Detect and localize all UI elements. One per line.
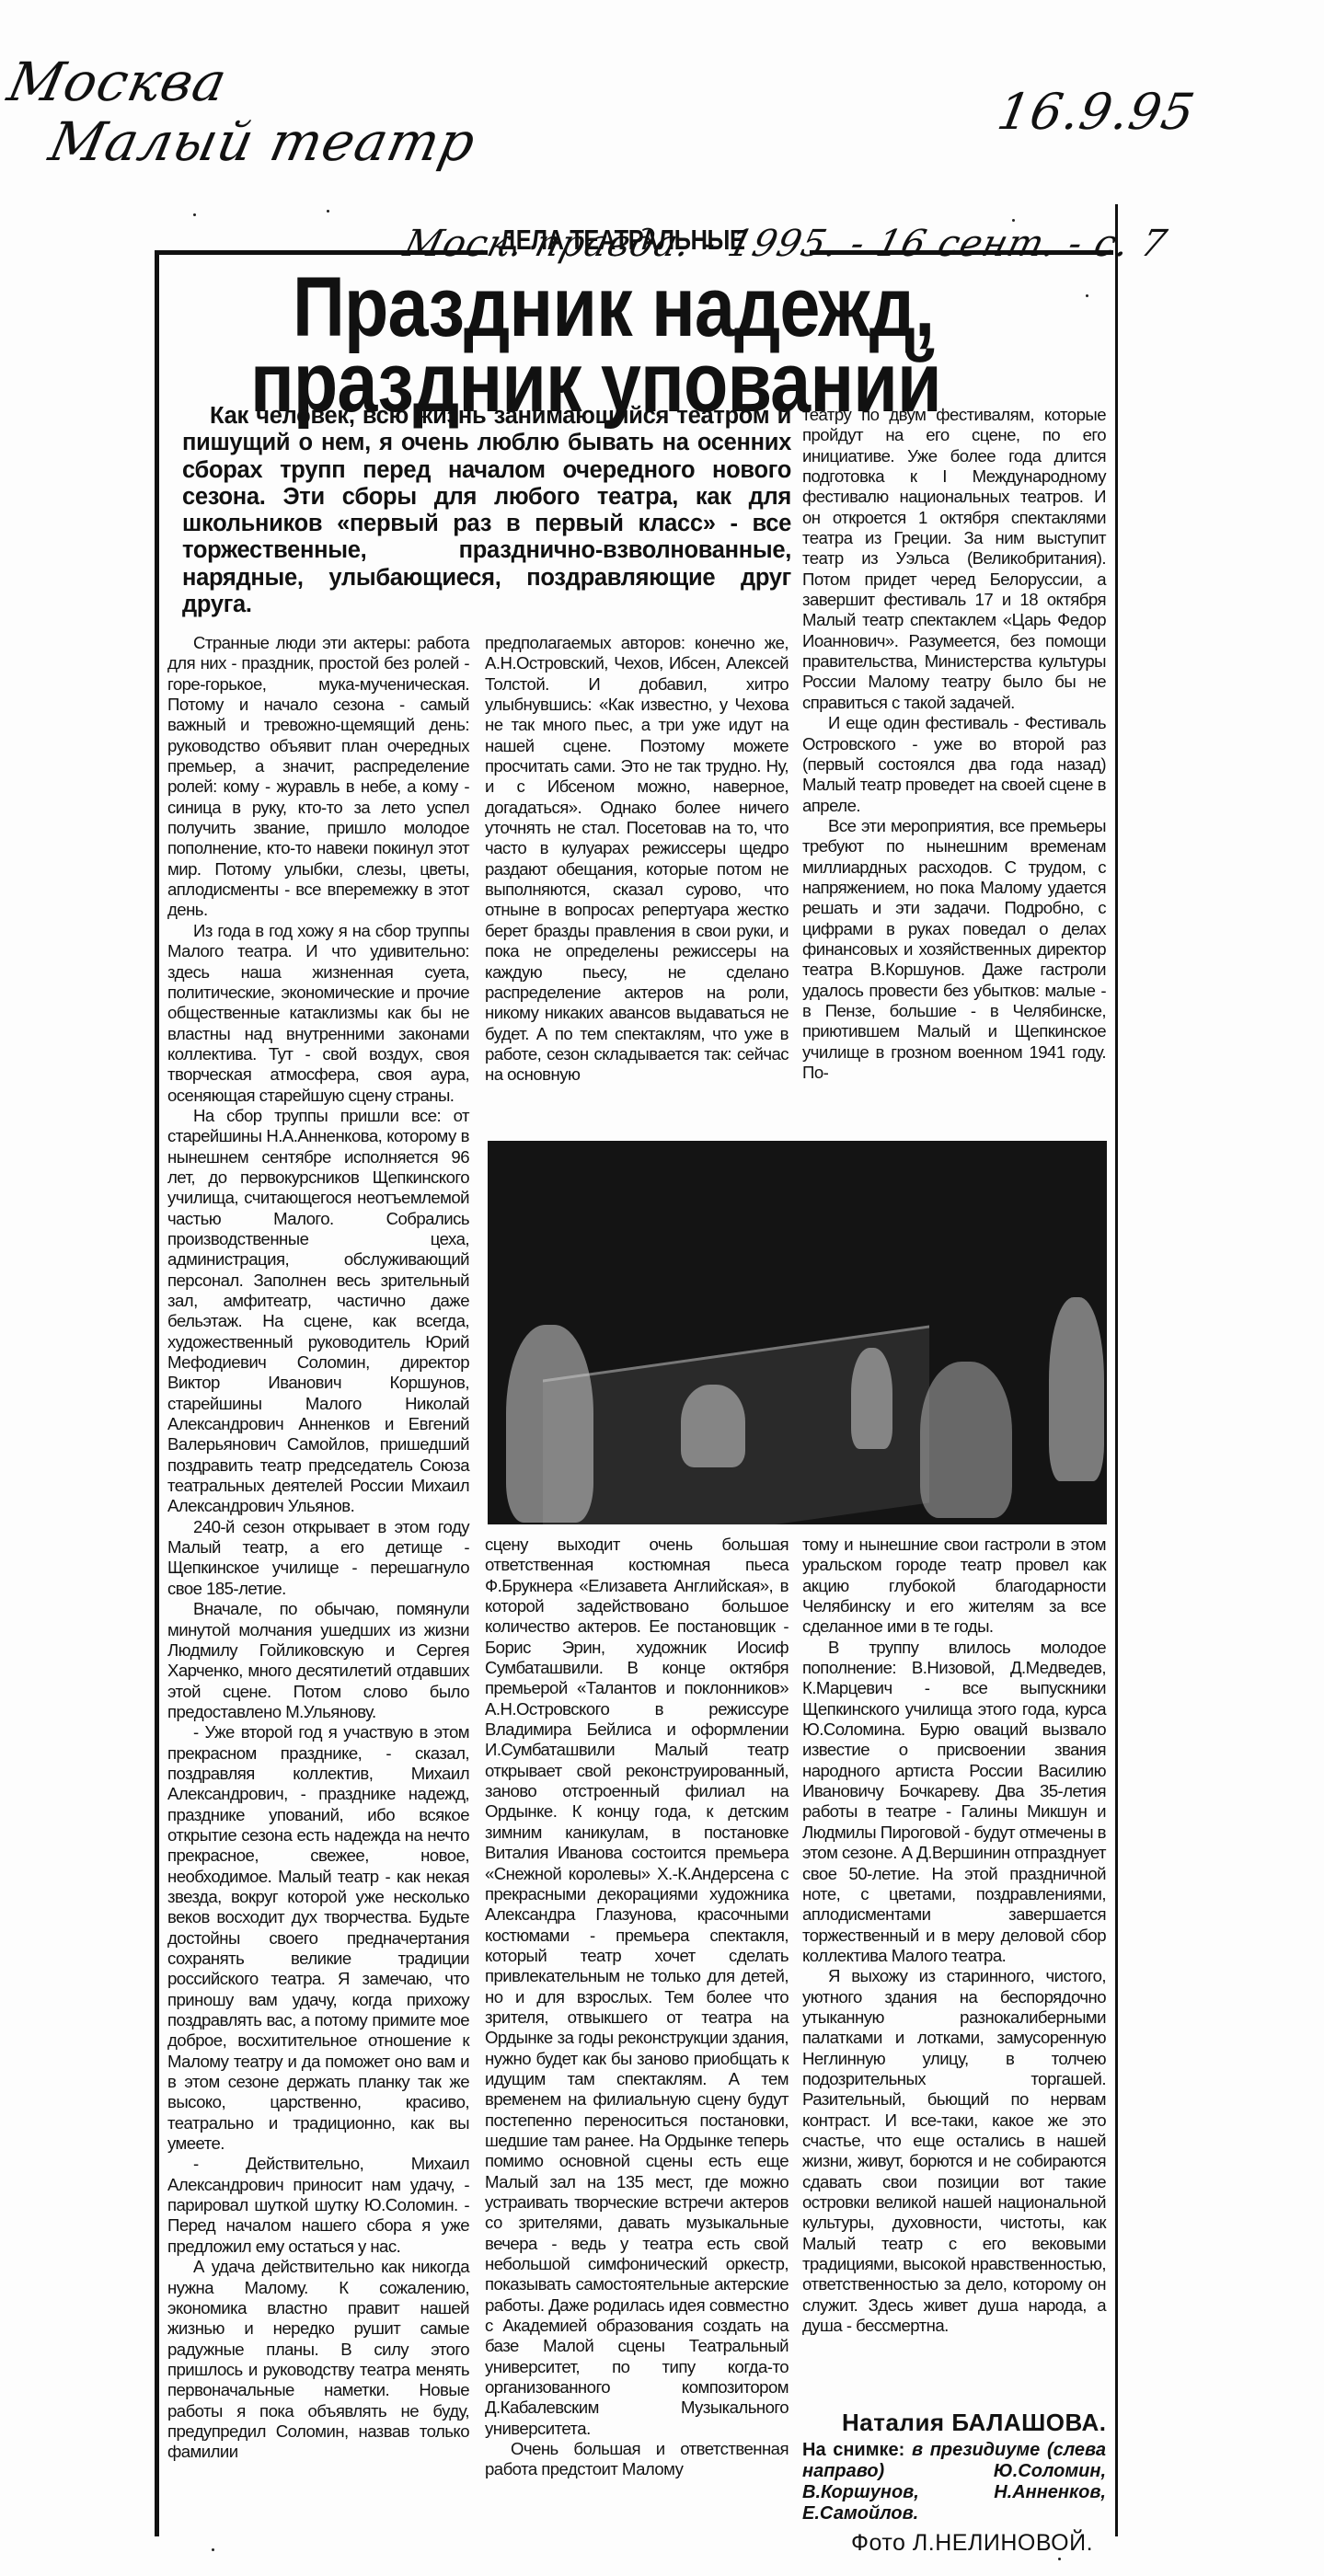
caption-label: На снимке: bbox=[802, 2440, 904, 2460]
person-figure bbox=[681, 1385, 745, 1467]
clipping-right-border bbox=[1115, 204, 1118, 2536]
person-figure bbox=[1049, 1297, 1104, 1481]
column-right-top: театру по двум фестивалям, которые пройд… bbox=[802, 405, 1106, 1083]
person-figure bbox=[920, 1362, 1012, 1518]
paragraph: тому и нынешние свои гастроли в этом ура… bbox=[802, 1535, 1106, 1638]
scan-speck bbox=[212, 2548, 214, 2551]
paragraph: И еще один фестиваль - Фестиваль Островс… bbox=[802, 713, 1106, 816]
handwritten-theatre-note: Малый театр bbox=[44, 110, 481, 173]
paragraph: Все эти мероприятия, все премьеры требую… bbox=[802, 816, 1106, 1083]
article-photo bbox=[488, 1141, 1107, 1524]
column-left: Странные люди эти актеры: работа для них… bbox=[167, 633, 469, 2463]
paragraph: Очень большая и ответственная работа пре… bbox=[485, 2439, 789, 2480]
paragraph: Я выхожу из старинного, чистого, уютного… bbox=[802, 1966, 1106, 2336]
paragraph: Вначале, по обычаю, помянули минутой мол… bbox=[167, 1599, 469, 1722]
paragraph: В труппу влилось молодое пополнение: В.Н… bbox=[802, 1638, 1106, 1967]
paragraph: А удача действительно как никогда нужна … bbox=[167, 2257, 469, 2462]
column-right-bottom: тому и нынешние свои гастроли в этом ура… bbox=[802, 1535, 1106, 2336]
column-middle-top: предполагаемых авторов: конечно же, А.Н.… bbox=[485, 633, 789, 1086]
handwritten-city-note: Москва bbox=[3, 51, 233, 113]
scan-speck bbox=[1058, 2558, 1061, 2560]
paragraph: сцену выходит очень большая ответственна… bbox=[485, 1535, 789, 2439]
photo-credit: Фото Л.НЕЛИНОВОЙ. bbox=[851, 2530, 1093, 2557]
paragraph: 240-й сезон открывает в этом году Малый … bbox=[167, 1517, 469, 1599]
photo-caption: На снимке: в президиуме (слева направо) … bbox=[802, 2440, 1106, 2524]
paragraph: - Уже второй год я участвую в этом прекр… bbox=[167, 1722, 469, 2154]
paragraph: Странные люди эти актеры: работа для них… bbox=[167, 633, 469, 921]
author-byline: Наталия БАЛАШОВА. bbox=[842, 2409, 1106, 2437]
handwritten-source-note: Моск. правда. - 1995. - 16 сент. - с. 7 bbox=[399, 223, 1171, 265]
person-figure bbox=[506, 1325, 593, 1523]
paragraph: - Действительно, Михаил Александрович пр… bbox=[167, 2154, 469, 2257]
handwritten-date-note: 16.9.95 bbox=[993, 83, 1199, 141]
scan-speck bbox=[327, 210, 329, 213]
paragraph: театру по двум фестивалям, которые пройд… bbox=[802, 405, 1106, 713]
paragraph: Из года в год хожу я на сбор труппы Мало… bbox=[167, 921, 469, 1106]
clipping-left-border bbox=[155, 250, 159, 2536]
paragraph: предполагаемых авторов: конечно же, А.Н.… bbox=[485, 633, 789, 1086]
scan-speck bbox=[1012, 219, 1015, 222]
column-middle-bottom: сцену выходит очень большая ответственна… bbox=[485, 1535, 789, 2480]
scan-speck bbox=[1086, 294, 1088, 297]
paragraph: На сбор труппы пришли все: от старейшины… bbox=[167, 1106, 469, 1517]
article-lead: Как человек, всю жизнь занимающийся теат… bbox=[182, 403, 791, 618]
scan-speck bbox=[193, 213, 196, 216]
person-figure bbox=[851, 1348, 892, 1449]
